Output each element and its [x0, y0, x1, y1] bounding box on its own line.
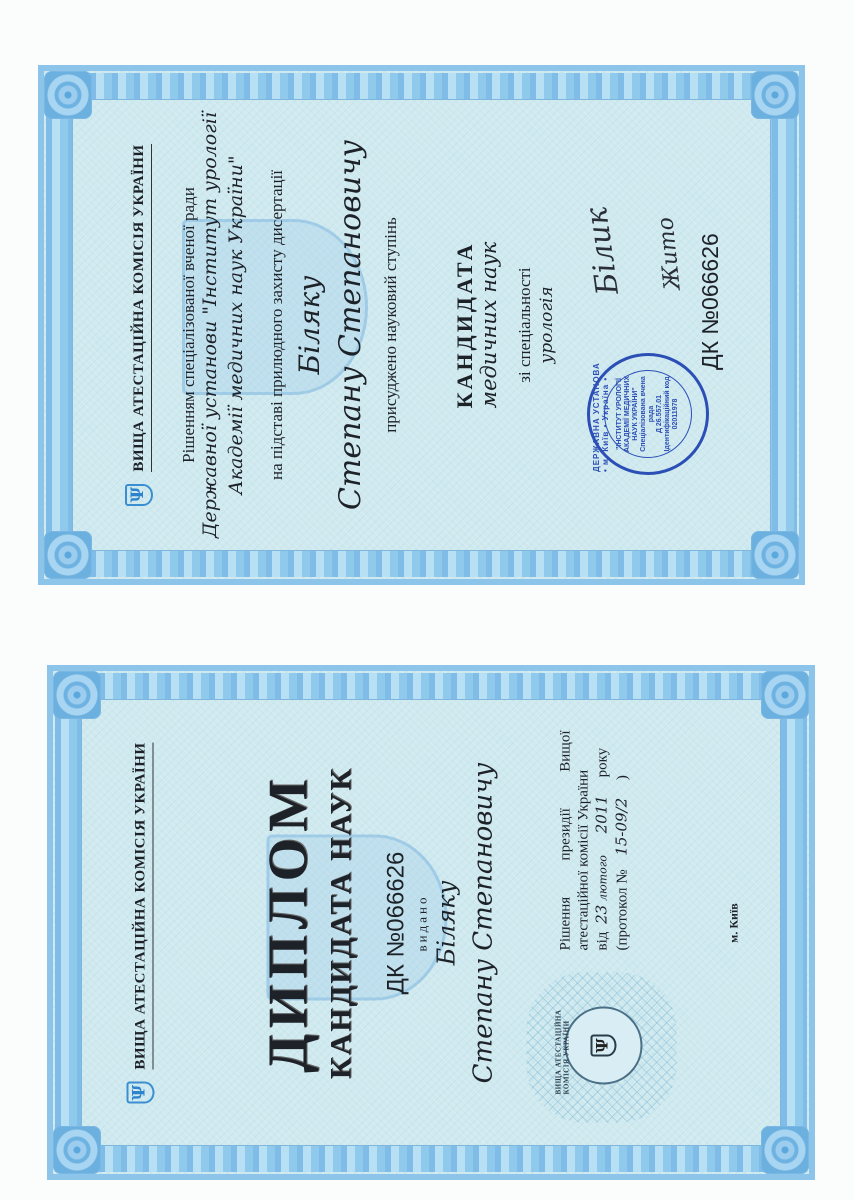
inner-page: ВИЩА АТЕСТАЦІЙНА КОМІСІЯ УКРАЇНИ Рішення…	[38, 65, 805, 585]
trident-icon	[591, 1034, 617, 1056]
protocol: (протокол № 15-09/2 )	[613, 730, 632, 950]
organization-name: ВИЩА АТЕСТАЦІЙНА КОМІСІЯ УКРАЇНИ	[130, 144, 151, 471]
recipient-given-names: Степану Степановичу	[333, 105, 368, 545]
city: м. Київ	[727, 705, 742, 1140]
degree-awarded-text: присуджено науковий ступінь	[381, 105, 401, 545]
presidium-decision: Рішення президії Вищої атестаційної комі…	[557, 730, 632, 950]
cover-page: ВИЩА АТЕСТАЦІЙНА КОМІСІЯ УКРАЇНИ ДИПЛОМ …	[47, 665, 815, 1180]
secretary-signature: Жито	[653, 216, 685, 291]
decision-line-1: Рішення президії Вищої	[557, 730, 575, 950]
decision-year: 2011	[593, 795, 611, 833]
diploma-subtitle: КАНДИДАТА НАУК	[325, 705, 359, 1140]
organization-name: ВИЩА АТЕСТАЦІЙНА КОМІСІЯ УКРАЇНИ	[132, 742, 153, 1069]
vak-seal: ВИЩА АТЕСТАЦІЙНА КОМІСІЯ УКРАЇНИ	[527, 972, 677, 1122]
decision-line-2: атестаційної комісії України	[575, 730, 593, 950]
defense-basis: на підставі прилюдного захисту дисертаці…	[267, 105, 287, 545]
degree-field: медичних наук	[477, 105, 501, 545]
decision-intro: Рішенням спеціалізованої вченої ради	[179, 105, 199, 545]
chair-signature: Білик	[579, 205, 626, 297]
recipient-surname: Біляку	[433, 705, 461, 1140]
specialty-value: урологія	[537, 105, 557, 545]
decision-date: від 23 лютого 2011 року	[593, 730, 613, 950]
trident-icon	[125, 484, 153, 506]
trident-icon	[127, 1081, 155, 1103]
degree-title: КАНДИДАТА	[452, 105, 478, 545]
serial-number: ДК №066626	[383, 705, 411, 1140]
specialty-label: зі спеціальності	[515, 105, 535, 545]
protocol-number: 15-09/2	[613, 797, 631, 855]
decision-day: 23	[593, 904, 611, 923]
serial-number: ДК №066626	[697, 233, 724, 370]
decision-month: лютого	[597, 855, 610, 901]
official-stamp: ДЕРЖАВНА УСТАНОВА • м. Київ • Україна • …	[587, 353, 709, 475]
inner-page-content: ВИЩА АТЕСТАЦІЙНА КОМІСІЯ УКРАЇНИ Рішення…	[77, 105, 767, 545]
council-line-1: Державної установи "Інститут урології	[199, 105, 221, 545]
recipient-surname: Біляку	[293, 105, 326, 545]
recipient-given-names: Степану Степановичу	[469, 705, 499, 1140]
issued-label: видано	[415, 705, 431, 1140]
cover-page-content: ВИЩА АТЕСТАЦІЙНА КОМІСІЯ УКРАЇНИ ДИПЛОМ …	[87, 705, 777, 1140]
council-line-2: Академії медичних наук України"	[225, 105, 247, 545]
diploma-title: ДИПЛОМ	[257, 705, 321, 1140]
